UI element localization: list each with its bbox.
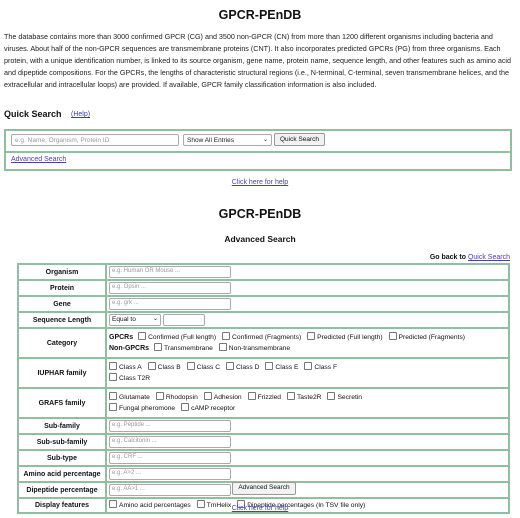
category-label: Category xyxy=(18,328,106,358)
quick-search-help-link[interactable]: (Help) xyxy=(71,111,90,118)
option-label: Class A xyxy=(119,364,142,371)
grafs-label: GRAFS family xyxy=(18,388,106,418)
subsubfamily-input[interactable]: e.g. Calcitonin ... xyxy=(109,436,231,448)
grafs-frizzled-checkbox[interactable]: Frizzled xyxy=(248,392,281,403)
advanced-search-button[interactable]: Advanced Search xyxy=(232,482,296,495)
quick-search-input[interactable]: e.g. Name, Organism, Protein ID xyxy=(11,134,179,146)
amino-acid-percentage-label: Amino acid percentage xyxy=(18,466,106,482)
category-predicted-fragments-checkbox[interactable]: Predicted (Fragments) xyxy=(389,332,466,343)
option-label: Taste2R xyxy=(297,394,322,401)
iuphar-class-a-checkbox[interactable]: Class A xyxy=(109,362,142,373)
subtype-input[interactable]: e.g. CRF ... xyxy=(109,452,231,464)
iuphar-class-e-checkbox[interactable]: Class E xyxy=(265,362,298,373)
sequence-length-label: Sequence Length xyxy=(18,312,106,328)
gene-label: Gene xyxy=(18,296,106,312)
quick-search-click-help-link[interactable]: Click here for help xyxy=(0,179,520,186)
protein-input[interactable]: e.g. Opsin ... xyxy=(109,282,231,294)
checkbox-icon xyxy=(109,373,117,381)
organism-input[interactable]: e.g. Human OR Mouse ... xyxy=(109,266,231,278)
page-title: GPCR-PEnDB xyxy=(0,8,520,22)
checkbox-icon xyxy=(389,332,397,340)
option-label: Confirmed (Fragments) xyxy=(232,334,301,341)
option-label: Predicted (Fragments) xyxy=(399,334,466,341)
row-gene: Gene e.g. grk ... xyxy=(18,296,509,312)
go-back-text: Go back to xyxy=(430,254,466,261)
chevron-down-icon: ⌄ xyxy=(153,315,158,324)
quick-search-button[interactable]: Quick Search xyxy=(274,133,325,146)
checkbox-icon xyxy=(109,403,117,411)
option-label: Transmembrane xyxy=(164,345,213,352)
option-label: Class B xyxy=(158,364,181,371)
checkbox-icon xyxy=(204,392,212,400)
checkbox-icon xyxy=(154,343,162,351)
quick-search-box: e.g. Name, Organism, Protein ID Show All… xyxy=(4,129,512,171)
checkbox-icon xyxy=(138,332,146,340)
grafs-rhodopsin-checkbox[interactable]: Rhodopsin xyxy=(156,392,198,403)
go-back: Go back to Quick Search xyxy=(430,254,510,261)
advanced-click-help-link[interactable]: Click here for help xyxy=(0,505,520,512)
checkbox-icon xyxy=(265,362,273,370)
subsubfamily-label: Sub-sub-family xyxy=(18,434,106,450)
chevron-down-icon: ⌄ xyxy=(263,135,268,146)
category-confirmed-fragments-checkbox[interactable]: Confirmed (Fragments) xyxy=(222,332,301,343)
checkbox-icon xyxy=(109,392,117,400)
category-confirmed-full-checkbox[interactable]: Confirmed (Full length) xyxy=(138,332,216,343)
option-label: Confirmed (Full length) xyxy=(148,334,216,341)
row-subtype: Sub-type e.g. CRF ... xyxy=(18,450,509,466)
option-label: Class F xyxy=(314,364,337,371)
category-non-transmembrane-checkbox[interactable]: Non-transmembrane xyxy=(219,343,290,354)
non-gpcrs-group-label: Non-GPCRs xyxy=(109,345,149,352)
go-back-quick-search-link[interactable]: Quick Search xyxy=(468,254,510,261)
advanced-search-table: Organism e.g. Human OR Mouse ... Protein… xyxy=(17,263,510,514)
dipeptide-percentage-input[interactable]: e.g. AA>1 ... xyxy=(109,484,231,496)
option-label: Frizzled xyxy=(258,394,281,401)
sequence-length-input[interactable] xyxy=(163,314,205,326)
option-label: Rhodopsin xyxy=(166,394,198,401)
checkbox-icon xyxy=(307,332,315,340)
option-label: Class E xyxy=(275,364,298,371)
checkbox-icon xyxy=(181,403,189,411)
iuphar-label: IUPHAR family xyxy=(18,358,106,388)
grafs-secretin-checkbox[interactable]: Secretin xyxy=(327,392,362,403)
amino-acid-percentage-input[interactable]: e.g. A>2 ... xyxy=(109,468,231,480)
iuphar-class-f-checkbox[interactable]: Class F xyxy=(304,362,337,373)
iuphar-class-c-checkbox[interactable]: Class C xyxy=(187,362,220,373)
checkbox-icon xyxy=(156,392,164,400)
category-predicted-full-checkbox[interactable]: Predicted (Full length) xyxy=(307,332,382,343)
subfamily-input[interactable]: e.g. Peptide ... xyxy=(109,420,231,432)
advanced-search-link[interactable]: Advanced Search xyxy=(11,156,66,163)
iuphar-class-t2r-checkbox[interactable]: Class T2R xyxy=(109,373,150,384)
option-label: Non-transmembrane xyxy=(229,345,290,352)
quick-search-row: e.g. Name, Organism, Protein ID Show All… xyxy=(6,131,510,153)
subtype-label: Sub-type xyxy=(18,450,106,466)
sequence-length-operator-select[interactable]: Equal to ⌄ xyxy=(109,314,161,326)
protein-label: Protein xyxy=(18,280,106,296)
entries-filter-select[interactable]: Show All Entries ⌄ xyxy=(183,134,272,146)
checkbox-icon xyxy=(187,362,195,370)
advanced-subtitle: Advanced Search xyxy=(0,234,520,244)
option-label: cAMP receptor xyxy=(191,405,235,412)
grafs-adhesion-checkbox[interactable]: Adhesion xyxy=(204,392,242,403)
option-label: Glutamate xyxy=(119,394,150,401)
subfamily-label: Sub-family xyxy=(18,418,106,434)
grafs-camp-receptor-checkbox[interactable]: cAMP receptor xyxy=(181,403,235,414)
row-protein: Protein e.g. Opsin ... xyxy=(18,280,509,296)
option-label: Secretin xyxy=(337,394,362,401)
gene-input[interactable]: e.g. grk ... xyxy=(109,298,231,310)
row-subsubfamily: Sub-sub-family e.g. Calcitonin ... xyxy=(18,434,509,450)
option-label: Class T2R xyxy=(119,375,150,382)
dipeptide-percentage-label: Dipeptide percentage xyxy=(18,482,106,498)
gpcrs-group-label: GPCRs xyxy=(109,334,133,341)
row-iuphar: IUPHAR family Class A Class B Class C Cl… xyxy=(18,358,509,388)
row-category: Category GPCRs Confirmed (Full length) C… xyxy=(18,328,509,358)
checkbox-icon xyxy=(248,392,256,400)
checkbox-icon xyxy=(148,362,156,370)
organism-label: Organism xyxy=(18,264,106,280)
option-label: Predicted (Full length) xyxy=(317,334,382,341)
option-label: Class C xyxy=(197,364,220,371)
iuphar-class-d-checkbox[interactable]: Class D xyxy=(226,362,259,373)
checkbox-icon xyxy=(109,362,117,370)
option-label: Class D xyxy=(236,364,259,371)
option-label: Adhesion xyxy=(214,394,242,401)
checkbox-icon xyxy=(226,362,234,370)
grafs-glutamate-checkbox[interactable]: Glutamate xyxy=(109,392,150,403)
option-label: Fungal pheromone xyxy=(119,405,175,412)
row-organism: Organism e.g. Human OR Mouse ... xyxy=(18,264,509,280)
category-transmembrane-checkbox[interactable]: Transmembrane xyxy=(154,343,213,354)
quick-search-heading: Quick Search xyxy=(4,109,62,119)
grafs-taste2r-checkbox[interactable]: Taste2R xyxy=(287,392,322,403)
checkbox-icon xyxy=(219,343,227,351)
checkbox-icon xyxy=(222,332,230,340)
row-grafs: GRAFS family Glutamate Rhodopsin Adhesio… xyxy=(18,388,509,418)
checkbox-icon xyxy=(287,392,295,400)
grafs-fungal-pheromone-checkbox[interactable]: Fungal pheromone xyxy=(109,403,175,414)
intro-paragraph: The database contains more than 3000 con… xyxy=(4,31,516,91)
checkbox-icon xyxy=(327,392,335,400)
row-subfamily: Sub-family e.g. Peptide ... xyxy=(18,418,509,434)
checkbox-icon xyxy=(304,362,312,370)
sequence-length-operator-value: Equal to xyxy=(112,316,136,323)
row-sequence-length: Sequence Length Equal to ⌄ xyxy=(18,312,509,328)
advanced-title: GPCR-PEnDB xyxy=(0,207,520,221)
entries-filter-value: Show All Entries xyxy=(187,137,234,144)
row-amino-acid-percentage: Amino acid percentage e.g. A>2 ... xyxy=(18,466,509,482)
iuphar-class-b-checkbox[interactable]: Class B xyxy=(148,362,181,373)
